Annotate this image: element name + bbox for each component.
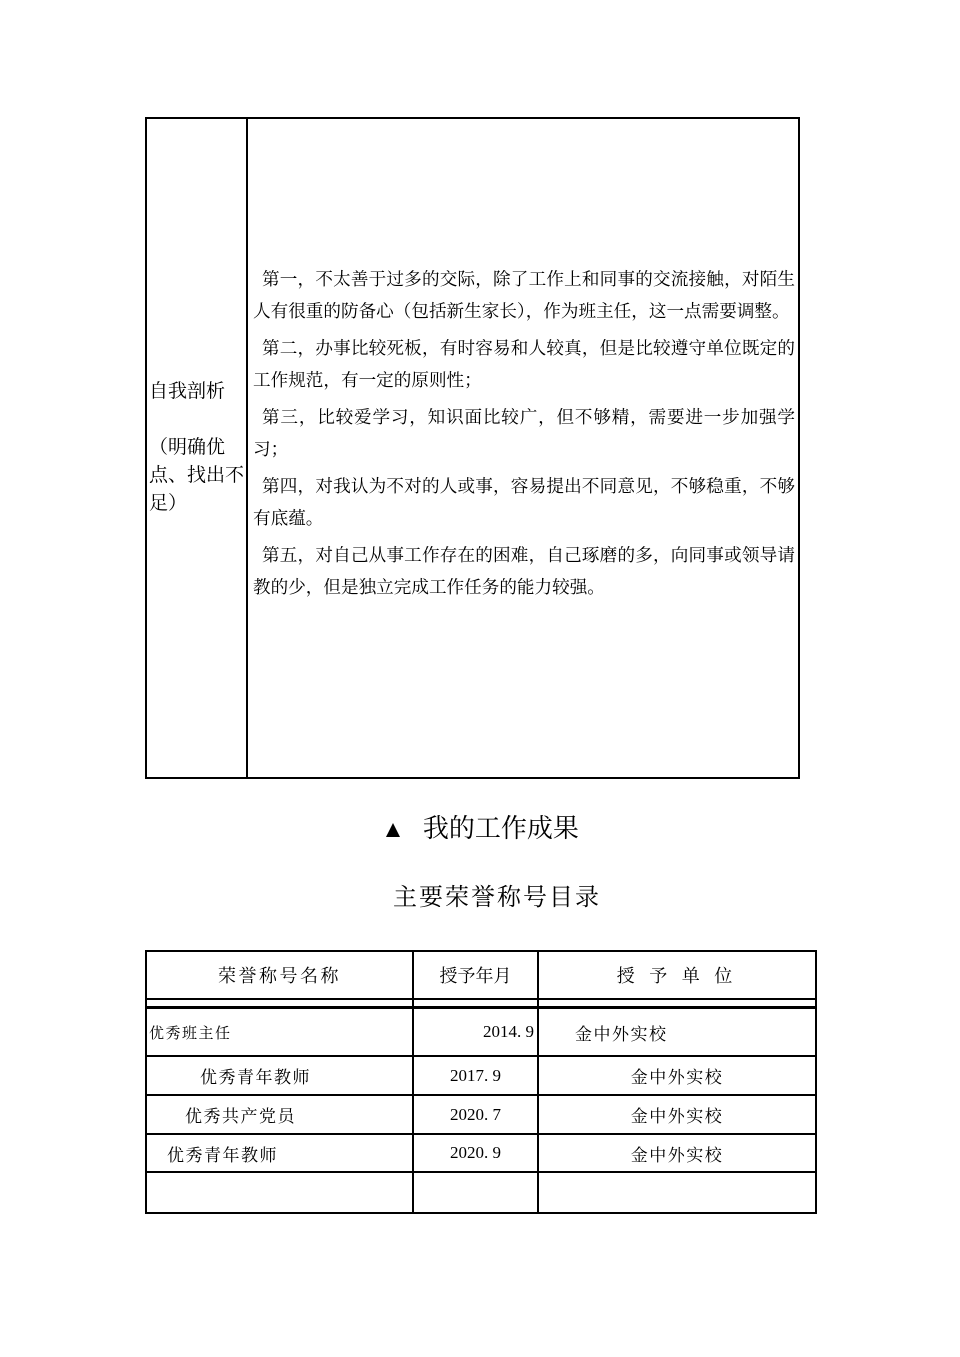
honor-name: 优秀青年教师: [147, 1057, 412, 1094]
award-date: 2020. 9: [412, 1135, 537, 1171]
table-row: [147, 1173, 815, 1212]
award-date: [412, 1173, 537, 1212]
paragraph-1: 第一，不太善于过多的交际，除了工作上和同事的交流接触，对陌生人有很重的防备心（包…: [253, 263, 795, 327]
award-unit: 金中外实校: [537, 1096, 815, 1133]
honor-name: 优秀青年教师: [147, 1135, 412, 1171]
self-analysis-label-cell: 自我剖析 （明确优点、找出不足）: [147, 119, 248, 777]
table-row: 优秀共产党员 2020. 7 金中外实校: [147, 1096, 815, 1135]
honor-name: 优秀班主任: [147, 1009, 412, 1055]
honor-name: 优秀共产党员: [147, 1096, 412, 1133]
table-row: 优秀班主任 2014. 9 金中外实校: [147, 1009, 815, 1057]
paragraph-5: 第五，对自己从事工作存在的困难，自己琢磨的多，向同事或领导请教的少，但是独立完成…: [253, 539, 795, 603]
label-blank-line: [149, 406, 246, 434]
self-analysis-table: 自我剖析 （明确优点、找出不足） 第一，不太善于过多的交际，除了工作上和同事的交…: [145, 117, 800, 779]
award-unit: 金中外实校: [537, 1057, 815, 1094]
header-award-date: 授予年月: [412, 952, 537, 998]
section-heading: ▲我的工作成果: [0, 814, 960, 845]
header-award-unit: 授 予 单 位: [537, 952, 815, 998]
table-row: 优秀青年教师 2017. 9 金中外实校: [147, 1057, 815, 1096]
header-honor-name: 荣誉称号名称: [147, 952, 412, 998]
award-unit: [537, 1173, 815, 1212]
paragraph-2: 第二，办事比较死板，有时容易和人较真，但是比较遵守单位既定的工作规范，有一定的原…: [253, 332, 795, 396]
award-date: 2014. 9: [412, 1009, 537, 1055]
honors-table: 荣誉称号名称 授予年月 授 予 单 位 优秀班主任 2014. 9 金中外实校 …: [145, 950, 817, 1214]
honor-name: [147, 1173, 412, 1212]
paragraph-4: 第四，对我认为不对的人或事，容易提出不同意见，不够稳重，不够有底蕴。: [253, 470, 795, 534]
honors-header-row: 荣誉称号名称 授予年月 授 予 单 位: [147, 952, 815, 1000]
self-analysis-label-title: 自我剖析: [149, 378, 246, 406]
section-subtitle: 主要荣誉称号目录: [17, 883, 960, 913]
paragraph-3: 第三，比较爱学习，知识面比较广，但不够精，需要进一步加强学习；: [253, 401, 795, 465]
triangle-icon: ▲: [381, 817, 405, 843]
header-divider-gap: [147, 1000, 815, 1009]
table-row: 优秀青年教师 2020. 9 金中外实校: [147, 1135, 815, 1173]
award-unit: 金中外实校: [537, 1009, 815, 1055]
award-date: 2017. 9: [412, 1057, 537, 1094]
self-analysis-label-note: （明确优点、找出不足）: [149, 434, 246, 518]
self-analysis-content-cell: 第一，不太善于过多的交际，除了工作上和同事的交流接触，对陌生人有很重的防备心（包…: [248, 119, 798, 777]
section-title: 我的工作成果: [423, 814, 579, 843]
award-date: 2020. 7: [412, 1096, 537, 1133]
award-unit: 金中外实校: [537, 1135, 815, 1171]
